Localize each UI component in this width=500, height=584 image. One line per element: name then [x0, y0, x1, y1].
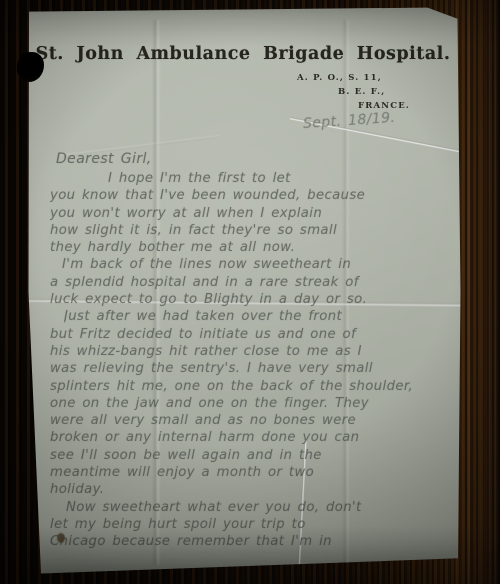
handwriting-line: you know that I've been wounded, because [50, 188, 455, 205]
handwriting-line: I hope I'm the first to let [108, 171, 455, 188]
handwriting-line: broken or any internal harm done you can [50, 430, 455, 447]
letterhead-title: St. John Ambulance Brigade Hospital. [28, 44, 458, 64]
handwriting-line: meantime will enjoy a month or two [50, 465, 455, 482]
handwriting-line: Chicago because remember that I'm in [50, 534, 455, 551]
handwriting-line: I'm back of the lines now sweetheart in [62, 257, 455, 274]
handwriting-line: were all very small and as no bones were [50, 413, 455, 430]
salutation: Dearest Girl, [56, 151, 152, 167]
wood-grain-highlight [455, 0, 500, 584]
handwriting-line: was relieving the sentry's. I have very … [50, 361, 455, 378]
handwriting-line: Just after we had taken over the front [64, 309, 455, 326]
letter-body: I hope I'm the first to let you know tha… [50, 171, 455, 552]
letterhead-address-apo: A. P. O., S. 11, [297, 73, 382, 83]
handwriting-line: how slight it is, in fact they're so sma… [50, 223, 455, 240]
handwriting-line: but Fritz decided to initiate us and one… [50, 327, 455, 344]
handwriting-line: holiday. [50, 482, 455, 499]
letter-sheet: St. John Ambulance Brigade Hospital. A. … [0, 0, 500, 584]
letterhead-address-bef: B. E. F., [338, 87, 385, 97]
handwriting-line: you won't worry at all when I explain [50, 206, 455, 223]
handwriting-line: let my being hurt spoil your trip to [50, 517, 455, 534]
handwriting-line: luck expect to go to Blighty in a day or… [50, 292, 455, 309]
handwriting-line: a splendid hospital and in a rare streak… [50, 275, 455, 292]
handwriting-line: Now sweetheart what ever you do, don't [66, 500, 455, 517]
handwriting-line: one on the jaw and one on the finger. Th… [50, 396, 455, 413]
handwriting-line: see I'll soon be well again and in the [50, 448, 455, 465]
handwriting-line: his whizz-bangs hit rather close to me a… [50, 344, 455, 361]
handwriting-line: they hardly bother me at all now. [50, 240, 455, 257]
handwriting-line: splinters hit me, one on the back of the… [50, 379, 455, 396]
